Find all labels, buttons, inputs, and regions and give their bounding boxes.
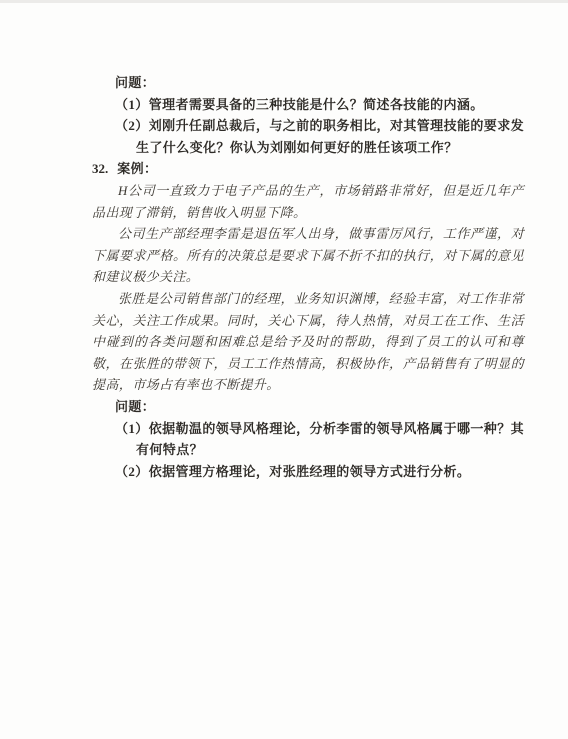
case32-number: 32. [92, 158, 108, 180]
case32-problems-label: 问题： [115, 396, 524, 418]
page-content: 问题： （1）管理者需要具备的三种技能是什么？简述各技能的内涵。 （2）刘刚升任… [92, 72, 524, 482]
scan-edge-artifact [0, 0, 568, 3]
case32-question-2: （2）依据管理方格理论，对张胜经理的领导方式进行分析。 [115, 461, 524, 483]
question31-item-2: （2）刘刚升任副总裁后，与之前的职务相比，对其管理技能的要求发生了什么变化？你认… [115, 115, 524, 158]
question31-problems-label: 问题： [115, 72, 524, 94]
case32-paragraph-2: 公司生产部经理李雷是退伍军人出身，做事雷厉风行，工作严谨，对下属要求严格。所有的… [92, 223, 524, 288]
case32-label: 案例： [117, 161, 157, 176]
case32-heading: 32.案例： [92, 158, 524, 180]
case32-paragraph-1: H公司一直致力于电子产品的生产，市场销路非常好，但是近几年产品出现了滞销，销售收… [92, 180, 524, 223]
question31-item-1: （1）管理者需要具备的三种技能是什么？简述各技能的内涵。 [115, 94, 524, 116]
scanned-exam-page: 问题： （1）管理者需要具备的三种技能是什么？简述各技能的内涵。 （2）刘刚升任… [0, 0, 568, 739]
case32-paragraph-3: 张胜是公司销售部门的经理，业务知识渊博，经验丰富，对工作非常关心，关注工作成果。… [92, 288, 524, 396]
case32-question-1: （1）依据勒温的领导风格理论，分析李雷的领导风格属于哪一种？其有何特点？ [115, 418, 524, 461]
